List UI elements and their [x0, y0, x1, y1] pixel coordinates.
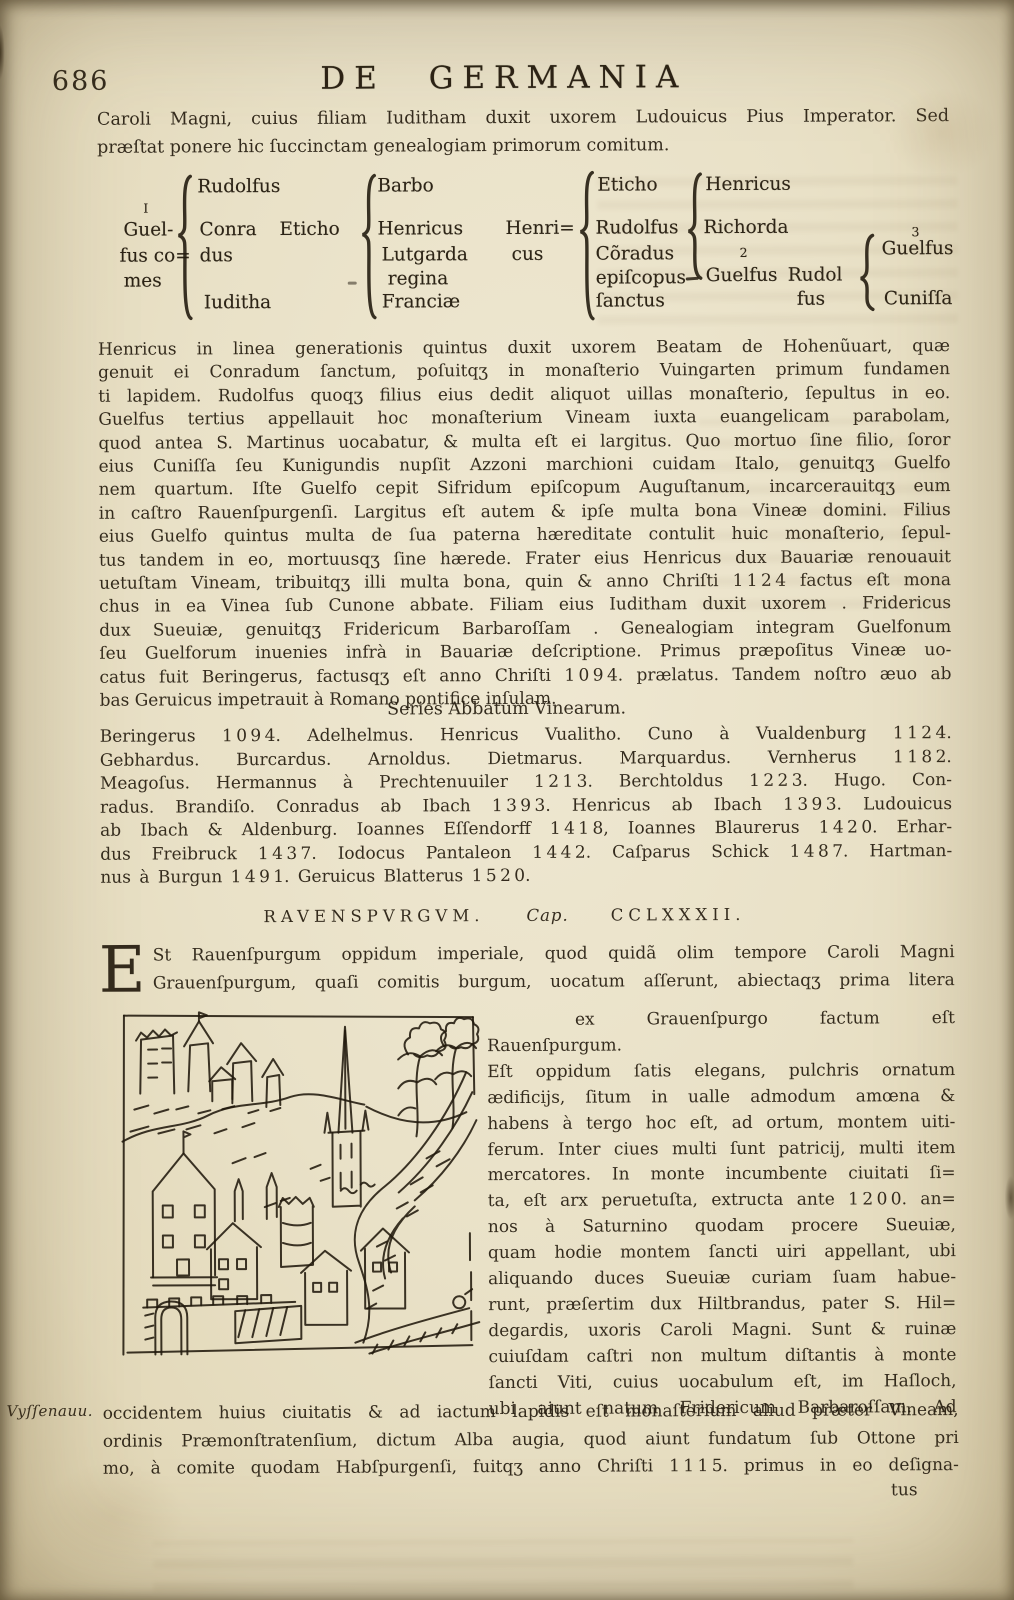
text-line: ordinis Præmonſtratenſium, dictum Alba a…: [103, 1425, 959, 1456]
text-line: ſancti Viti, cuius uocabulum eſt, im Haſ…: [488, 1369, 956, 1397]
bleed-through: [597, 173, 958, 325]
text-line: Grauenſpurgum, quaſi comitis burgum, uoc…: [153, 967, 955, 998]
tree-parent: mes: [124, 271, 162, 292]
text-line: nus à Burgun 1 4 9 1. Geruicus Blatterus…: [100, 863, 952, 890]
tree-parent: cus: [512, 244, 544, 265]
text-line: ſeu Guelforum inuenies infrà in Bauariæ …: [99, 639, 951, 666]
text-line: cuiuſdam caſtri non multum diſtantis à m…: [488, 1343, 956, 1371]
ink-blot: [1005, 1176, 1014, 1220]
tree-child: Henricus: [377, 218, 463, 239]
ravensburg-bottom-paragraph: occidentem huius ciuitatis & ad iactum l…: [103, 1397, 959, 1484]
text-line: quam hodie montem ſancti uiri appellant,…: [488, 1239, 956, 1267]
hillside: [354, 1072, 477, 1343]
tree-parent: Eticho: [279, 219, 339, 240]
chapter-title: RAVENSPVRGVM.: [263, 906, 484, 926]
tree-child: regina: [388, 268, 449, 289]
generation-number: I: [143, 201, 148, 216]
abbots-list: Beringerus 1 0 9 4. Adelhelmus. Henricus…: [100, 722, 953, 890]
book-page: 686 DE GERMANIA Caroli Magni, cuius fili…: [0, 0, 1014, 1600]
text-line: Meagoſus. Hermannus à Prechtenuuiler 1 2…: [100, 769, 952, 796]
drop-cap: E: [99, 942, 146, 1000]
text-line: Beringerus 1 0 9 4. Adelhelmus. Henricus…: [100, 722, 952, 749]
text-line: ferum. Inter ciues multi ſunt patricij, …: [487, 1136, 955, 1164]
genealogy-brace: [575, 170, 596, 322]
brace-tick: [348, 282, 357, 285]
text-line: ædificijs, ſitum in ualle admodum amœna …: [487, 1084, 955, 1112]
trees: [398, 1018, 479, 1137]
genealogy-brace: [357, 173, 378, 321]
tree-child: Rudolfus: [197, 176, 280, 197]
tree-child: Iuditha: [204, 292, 271, 313]
bleed-through: [698, 418, 949, 609]
text-line: genuit ei Conradum ſanctum, poſuitqʒ in …: [98, 358, 950, 385]
tree-child: Conra: [199, 219, 256, 240]
text-line: degardis, uxoris Caroli Magni. Sunt & ru…: [488, 1317, 956, 1345]
tree-parent: Henri=: [505, 218, 574, 239]
tree-parent: Guel-: [123, 219, 173, 240]
tree-child: dus: [200, 245, 233, 266]
text-line: mo, à comite quodam Habſpurgenſi, fuitqʒ…: [103, 1452, 959, 1483]
catchword: tus: [891, 1480, 918, 1500]
text-line: nos à Saturnino quodam procere Sueuiæ,: [488, 1213, 956, 1241]
text-line: occidentem huius ciuitatis & ad iactum l…: [103, 1397, 959, 1428]
castle-hill: [122, 1011, 467, 1141]
ravensburg-column: ex Grauenſpurgo factum eſt Rauenſpurgum.…: [487, 1006, 957, 1423]
woodcut-frame: [122, 1014, 475, 1355]
sky-marks: [233, 1153, 375, 1208]
text-line: dus Freibruck 1 4 3 7. Iodocus Pantaleon…: [100, 840, 952, 867]
tree-child: Franciæ: [382, 291, 460, 312]
text-line: catus fuit Beringerus, factusqʒ eſt anno…: [99, 663, 951, 690]
bleed-through: [153, 1538, 853, 1591]
chapter-number: CCLXXXII.: [611, 905, 746, 925]
text-line: ex Grauenſpurgo factum eſt Rauenſpurgum.: [487, 1006, 955, 1060]
text-line: aliquando duces Sueuiæ curiam ſuam habue…: [488, 1265, 956, 1293]
tree-child: Barbo: [377, 175, 434, 196]
chapter-heading: RAVENSPVRGVM. Cap. CCLXXXII.: [78, 904, 930, 927]
town-gate: [143, 1295, 295, 1355]
town-buildings: [150, 1130, 409, 1343]
chapter-cap-label: Cap.: [526, 906, 568, 925]
ravensburg-intro: St Rauenſpurgum oppidum imperiale, quod …: [153, 939, 955, 998]
text-line: Eſt oppidum ſatis elegans, pulchris orna…: [487, 1058, 955, 1086]
text-line: habens à tergo hoc eſt, ad ortum, montem…: [487, 1110, 955, 1138]
text-line: ab Ibach & Aldenburg. Ioannes Eſſendorff…: [100, 816, 952, 843]
series-heading: Series Abbatum Vinearum.: [0, 697, 1014, 721]
text-line: St Rauenſpurgum oppidum imperiale, quod …: [153, 939, 955, 970]
genealogy-brace: [173, 173, 194, 321]
text-line: ta, eſt arx peruetuſta, extructa ante 1 …: [488, 1187, 956, 1215]
ravensburg-woodcut: [114, 1008, 486, 1356]
stain: [887, 88, 997, 178]
road: [355, 1289, 479, 1354]
tree-child: Lutgarda: [382, 244, 468, 265]
church-spire: [324, 1027, 369, 1207]
text-line: runt, præſertim dux Hiltbrandus, pater S…: [488, 1291, 956, 1319]
margin-note: Vyſſenauu.: [7, 1402, 93, 1420]
text-line: mercatores. In monte incumbente ciuitati…: [488, 1161, 956, 1189]
